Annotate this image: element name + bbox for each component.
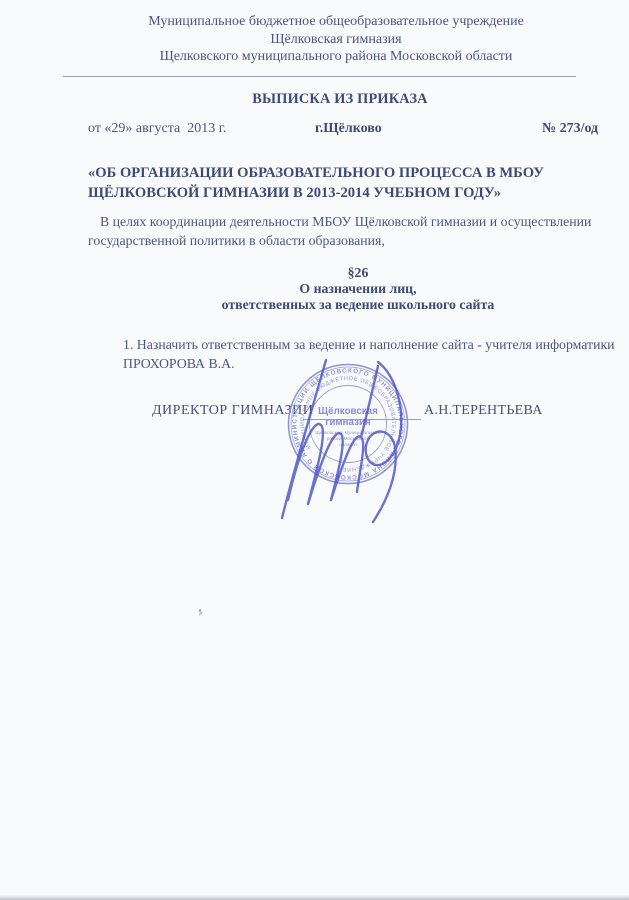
preamble-line1: В целях координации деятельности МБОУ Щё… [88, 212, 574, 231]
order-date: от «29» августа 2013 г. [88, 121, 226, 137]
signature-ink-icon [262, 350, 432, 535]
org-name-line2: Щёлковская гимназия [43, 31, 629, 49]
preamble: В целях координации деятельности МБОУ Щё… [88, 212, 574, 250]
scan-speck [199, 609, 202, 612]
order-city: г.Щёлково [315, 121, 382, 137]
preamble-line2: государственной политики в области образ… [88, 231, 574, 250]
order-title-line2: ЩЁЛКОВСКОЙ ГИМНАЗИИ В 2013-2014 УЧЕБНОМ … [88, 184, 578, 204]
document-type-title: ВЫПИСКА ИЗ ПРИКАЗА [51, 91, 629, 108]
page-bottom-edge [0, 895, 629, 900]
org-name-line1: Муниципальное бюджетное общеобразователь… [43, 13, 629, 31]
section-subtitle-line2: ответственных за ведение школьного сайта [87, 297, 629, 313]
org-name-line3: Щелковского муниципального района Москов… [43, 48, 629, 66]
section-subtitle-line1: О назначении лиц, [87, 281, 629, 297]
org-header: Муниципальное бюджетное общеобразователь… [43, 13, 629, 66]
section-heading: §26 О назначении лиц, ответственных за в… [87, 265, 629, 313]
order-title-line1: «ОБ ОРГАНИЗАЦИИ ОБРАЗОВАТЕЛЬНОГО ПРОЦЕСС… [88, 164, 578, 184]
section-number: §26 [87, 265, 629, 281]
director-name: А.Н.ТЕРЕНТЬЕВА [424, 403, 543, 419]
document-page: Муниципальное бюджетное общеобразователь… [0, 0, 629, 900]
order-number: № 273/од [542, 121, 598, 137]
header-divider [63, 76, 576, 77]
order-title: «ОБ ОРГАНИЗАЦИИ ОБРАЗОВАТЕЛЬНОГО ПРОЦЕСС… [88, 164, 578, 203]
